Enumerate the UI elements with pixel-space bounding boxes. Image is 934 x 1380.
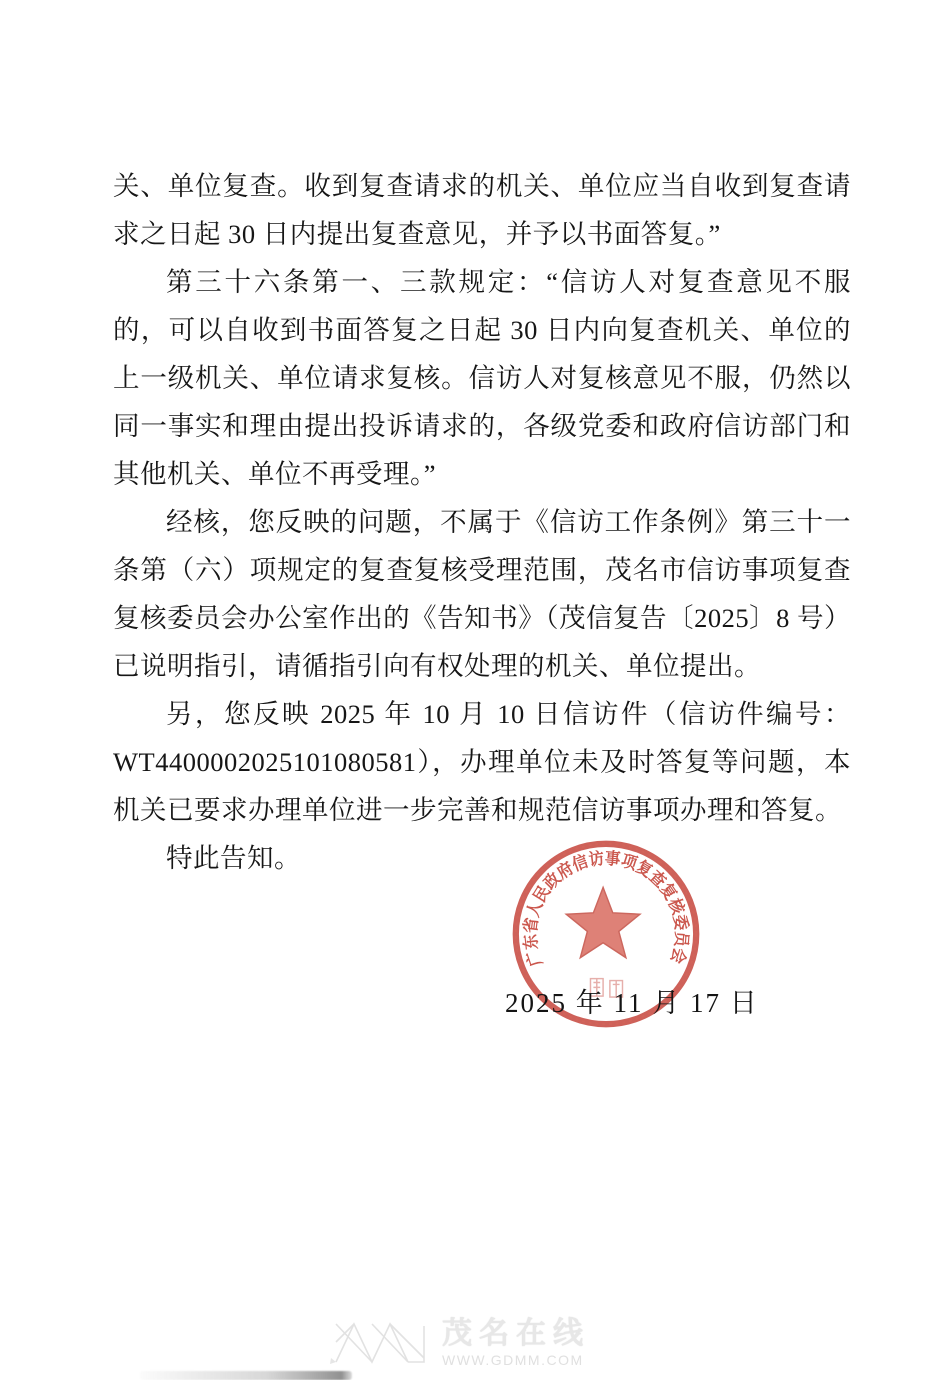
paragraph-continuation: 关、单位复查。收到复查请求的机关、单位应当自收到复查请求之日起 30 日内提出复… bbox=[113, 162, 851, 258]
seal-star-icon bbox=[566, 887, 640, 957]
document-date: 2025 年 11 月 17 日 bbox=[505, 981, 759, 1020]
site-watermark: 茂名在线 WWW.GDMM.COM bbox=[328, 1318, 590, 1368]
scan-artifact bbox=[140, 1371, 352, 1380]
letter-body: 关、单位复查。收到复查请求的机关、单位应当自收到复查请求之日起 30 日内提出复… bbox=[113, 162, 851, 882]
watermark-site-name: 茂名在线 bbox=[442, 1318, 590, 1350]
watermark-logo-icon bbox=[328, 1318, 428, 1368]
paragraph-review-result: 经核，您反映的问题，不属于《信访工作条例》第三十一条第（六）项规定的复查复核受理… bbox=[113, 498, 851, 690]
paragraph-closing: 特此告知。 bbox=[113, 834, 851, 882]
paragraph-article-36: 第三十六条第一、三款规定：“信访人对复查意见不服的，可以自收到书面答复之日起 3… bbox=[113, 258, 851, 498]
document-page: 关、单位复查。收到复查请求的机关、单位应当自收到复查请求之日起 30 日内提出复… bbox=[0, 0, 934, 1380]
watermark-site-url: WWW.GDMM.COM bbox=[442, 1352, 584, 1368]
paragraph-petition-item: 另，您反映 2025 年 10 月 10 日信访件（信访件编号：WT440000… bbox=[113, 690, 851, 834]
